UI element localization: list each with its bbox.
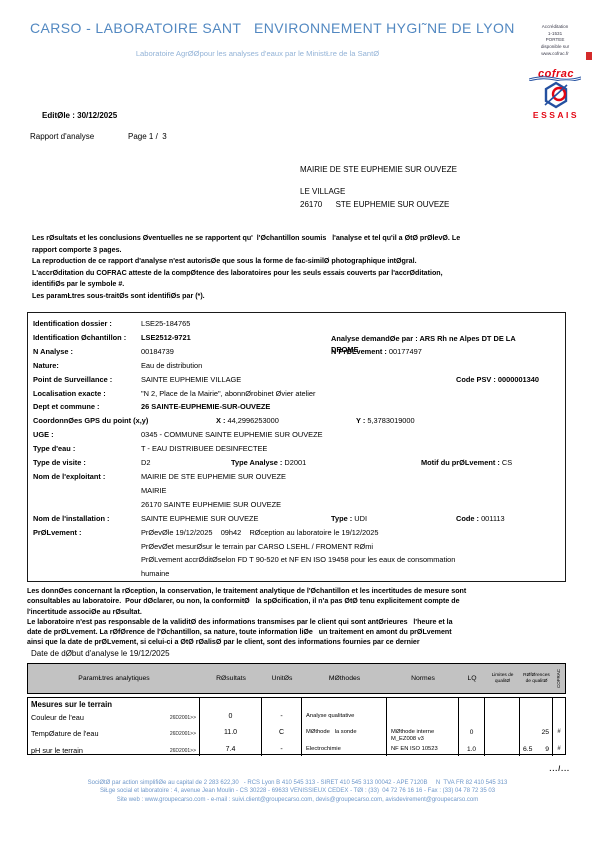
gps-x-label: X : (216, 416, 225, 425)
recipient-address-line2: 26170 STE EUPHEMIE SUR OUVEZE (300, 198, 457, 211)
empty-cell (459, 698, 485, 711)
recipient-name: MAIRIE DE STE EUPHEMIE SUR OUVEZE (300, 163, 457, 176)
lq-cell: 1.0 (459, 744, 485, 756)
cofrac-cell: # (553, 744, 565, 756)
exploitant-label: Nom de l'exploitant : (33, 470, 141, 484)
unit-cell: - (262, 711, 302, 727)
type-analyse-label: Type Analyse : (231, 458, 282, 467)
report-type-label: Rapport d'analyse (30, 132, 94, 141)
row-localisation: Localisation exacte : "N 2, Place de la … (28, 387, 565, 401)
dossier-value: LSE25-184765 (141, 317, 565, 331)
reference-cell: 6.5 9 (520, 744, 553, 756)
reference-cell: 25 (520, 727, 553, 744)
num-prelevement-value: 00177497 (389, 347, 422, 356)
param-cell: pH sur le terrain 26D2001>> (28, 744, 200, 756)
col-param: ParamŁtres analytiques (28, 675, 200, 683)
localisation-label: Localisation exacte : (33, 387, 141, 401)
col-lq: LQ (459, 675, 485, 683)
accreditation-note: Accréditation 1-1531 PORTEE disponible s… (522, 24, 588, 57)
param-code: 26D2001>> (170, 731, 196, 745)
reference-cell (520, 711, 553, 727)
col-cofrac: COFRAC (555, 669, 562, 688)
installation-type-value: UDI (354, 514, 367, 523)
limit-cell (485, 727, 520, 744)
company-footer: SociØtØ par action simplifiØe au capital… (20, 779, 575, 804)
reference-max: 25 (541, 729, 549, 744)
col-reference: RØfØrences de qualitØ (520, 673, 553, 684)
norm-cell: MØthode interne M_EZ008 v3 (387, 727, 459, 744)
cofrac-brand-text: cofrac (527, 68, 585, 80)
nature-label: Nature: (33, 359, 141, 373)
prelevement-details: PrØevØle 19/12/2025 09h42 RØception au l… (141, 526, 565, 582)
legal-notice: Les rØsultats et les conclusions Øventue… (32, 233, 566, 303)
cofrac-essais-label: ESSAIS (527, 110, 585, 120)
gps-y-value: 5,3783019000 (367, 416, 414, 425)
row-dossier: Identification dossier : LSE25-184765 (28, 317, 565, 331)
result-cell: 11.0 (200, 727, 262, 744)
param-name: TempØature de l'eau (31, 729, 99, 744)
cofrac-logo: cofrac ESSAIS (527, 68, 585, 120)
commune-value: 26 SAINTE-EUPHEMIE-SUR-OUVEZE (141, 400, 565, 414)
gps-y-label: Y : (356, 416, 365, 425)
installation-type-label: Type : (331, 514, 352, 523)
red-edge-mark (586, 52, 592, 60)
dossier-label: Identification dossier : (33, 317, 141, 331)
param-name: pH sur le terrain (31, 746, 83, 756)
norm-cell: NF EN ISO 10523 (387, 744, 459, 756)
result-cell: 0 (200, 711, 262, 727)
param-name: Couleur de l'eau (31, 713, 84, 727)
results-table-header: ParamŁtres analytiques RØsultats UnitØs … (27, 663, 566, 694)
row-uge: UGE : 0345 - COMMUNE SAINTE EUPHEMIE SUR… (28, 428, 565, 442)
uge-value: 0345 - COMMUNE SAINTE EUPHEMIE SUR OUVEZ… (141, 428, 565, 442)
installation-code-value: 001113 (481, 514, 505, 523)
uge-label: UGE : (33, 428, 141, 442)
recipient-address: MAIRIE DE STE EUPHEMIE SUR OUVEZE LE VIL… (300, 163, 457, 211)
empty-cell (262, 698, 302, 711)
empty-cell (387, 698, 459, 711)
analysis-start-date: Date de dØbut d'analyse le 19/12/2025 (31, 649, 170, 658)
type-eau-value: T - EAU DISTRIBUEE DESINFECTEE (141, 442, 565, 456)
installation-code-label: Code : (456, 514, 479, 523)
gps-label: CoordonnØes GPS du point (x,y) (33, 414, 148, 428)
num-prelevement-label: N PrØLvement : (331, 347, 387, 356)
empty-cell (200, 698, 262, 711)
empty-cell (302, 698, 387, 711)
section-title: Mesures sur le terrain (28, 698, 200, 711)
row-type-eau: Type d'eau : T - EAU DISTRIBUEE DESINFEC… (28, 442, 565, 456)
row-installation: Nom de l'installation : SAINTE EUPHEMIE … (28, 512, 565, 526)
exploitant-value: MAIRIE DE STE EUPHEMIE SUR OUVEZE MAIRIE… (141, 470, 565, 512)
type-analyse-value: D2001 (284, 458, 306, 467)
row-commune: Dept et commune : 26 SAINTE-EUPHEMIE-SUR… (28, 400, 565, 414)
lab-title: CARSO - LABORATOIRE SANT ENVIRONNEMENT H… (30, 20, 485, 36)
result-cell: 7.4 (200, 744, 262, 756)
echantillon-label: Identification Øchantillon : (33, 331, 141, 345)
param-code: 26D2001>> (170, 748, 196, 757)
row-nature: Nature: Eau de distribution (28, 359, 565, 373)
row-exploitant: Nom de l'exploitant : MAIRIE DE STE EUPH… (28, 470, 565, 512)
edition-date: EditØle : 30/12/2025 (42, 111, 117, 120)
data-disclaimer: Les donnØes concernant la rØception, la … (27, 586, 572, 648)
results-table-body: Mesures sur le terrain Couleur de l'eau … (27, 697, 566, 755)
row-echantillon: Identification Øchantillon : LSE2512-972… (28, 331, 565, 345)
nature-value: Eau de distribution (141, 359, 565, 373)
identification-box: Identification dossier : LSE25-184765 Id… (27, 312, 566, 582)
reference-min: 6.5 (523, 746, 532, 756)
norm-cell (387, 711, 459, 727)
param-cell: TempØature de l'eau 26D2001>> (28, 727, 200, 744)
method-cell: Electrochimie (302, 744, 387, 756)
motif-value: CS (502, 458, 512, 467)
localisation-value: "N 2, Place de la Mairie", abonnØrobinet… (141, 387, 565, 401)
num-analyse-label: N Analyse : (33, 345, 141, 359)
recipient-address-line1: LE VILLAGE (300, 185, 457, 198)
code-psv: Code PSV : 0000001340 (456, 373, 539, 387)
row-surveillance: Point de Surveillance : SAINTE EUPHEMIE … (28, 373, 565, 387)
col-limit: Limites de qualitØ (485, 673, 520, 684)
cofrac-wave-icon (529, 75, 581, 81)
param-code: 26D2001>> (170, 715, 196, 728)
type-eau-label: Type d'eau : (33, 442, 141, 456)
lq-cell: 0 (459, 727, 485, 744)
col-result: RØsultats (200, 675, 262, 683)
type-visite-label: Type de visite : (33, 456, 141, 470)
prelevement-label: PrØLvement : (33, 526, 141, 540)
param-cell: Couleur de l'eau 26D2001>> (28, 711, 200, 727)
surveillance-label: Point de Surveillance : (33, 373, 141, 387)
installation-label: Nom de l'installation : (33, 512, 141, 526)
method-cell: MØthode la sonde (302, 727, 387, 744)
empty-cell (485, 698, 520, 711)
row-prelevement: PrØLvement : PrØevØle 19/12/2025 09h42 R… (28, 526, 565, 582)
limit-cell (485, 711, 520, 727)
commune-label: Dept et commune : (33, 400, 141, 414)
col-unit: UnitØs (262, 675, 302, 683)
row-num-analyse: N Analyse : 00184739 N PrØLvement : 0017… (28, 345, 565, 359)
cofrac-cell: # (553, 727, 565, 744)
col-method: MØthodes (302, 675, 387, 683)
empty-cell (553, 698, 565, 711)
motif-label: Motif du prØLvement : (421, 458, 500, 467)
lab-subtitle: Laboratoire AgrØØpour les analyses d'eau… (30, 49, 485, 58)
lq-cell (459, 711, 485, 727)
row-type-visite: Type de visite : D2 Type Analyse : D2001… (28, 456, 565, 470)
cofrac-cell (553, 711, 565, 727)
limit-cell (485, 744, 520, 756)
row-gps: CoordonnØes GPS du point (x,y) X : 44,29… (28, 414, 565, 428)
page-continuation-mark: .../... (500, 766, 570, 773)
col-norm: Normes (387, 675, 459, 683)
reference-max: 9 (545, 746, 549, 756)
gps-x-value: 44,2996253000 (228, 416, 279, 425)
unit-cell: C (262, 727, 302, 744)
empty-cell (520, 698, 553, 711)
report-page: CARSO - LABORATOIRE SANT ENVIRONNEMENT H… (0, 0, 595, 841)
page-number: Page 1 / 3 (128, 132, 167, 141)
method-cell: Analyse qualitative (302, 711, 387, 727)
cofrac-emblem-icon (543, 81, 569, 109)
unit-cell: - (262, 744, 302, 756)
